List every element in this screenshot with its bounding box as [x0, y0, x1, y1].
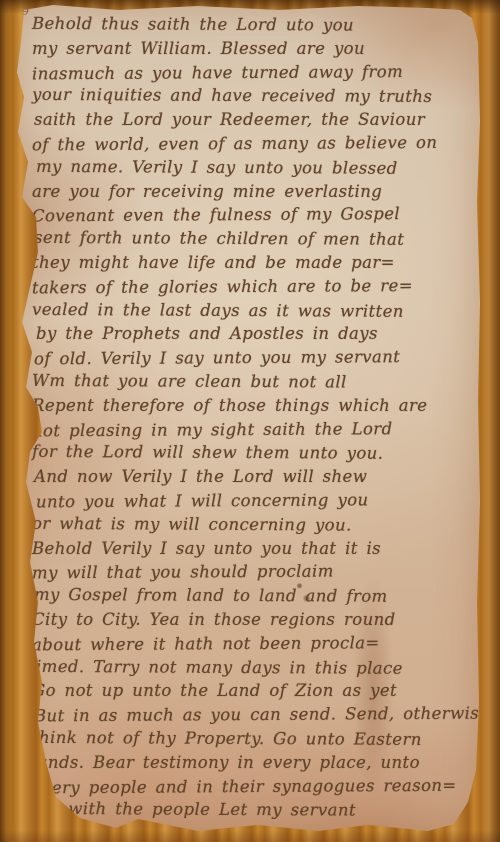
manuscript-line: Covenant even the fulness of my Gospel: [32, 202, 470, 228]
manuscript-line: my will that you should proclaim: [32, 559, 470, 585]
manuscript-line: of the world, even of as many as believe…: [32, 131, 470, 157]
manuscript-line: Behold Verily I say unto you that it is: [32, 537, 470, 561]
manuscript-line: Wm that you are clean but not all: [32, 369, 470, 395]
manuscript-line: ing with the people Let my servant: [32, 797, 470, 823]
manuscript-line: Repent therefore of those things which a…: [32, 394, 470, 418]
manuscript-line: vealed in the last days as it was writte…: [32, 297, 470, 323]
manuscript-line: or what is my will concerning you.: [32, 512, 470, 538]
manuscript-line: not pleasing in my sight saith the Lord: [32, 416, 470, 442]
manuscript-line: think not of thy Property. Go unto Easte…: [32, 726, 470, 752]
manuscript-line: inasmuch as you have turned away from: [32, 59, 470, 85]
manuscript-line: sent forth unto the children of men that: [34, 226, 470, 252]
manuscript-line: Behold thus saith the Lord uto you: [32, 12, 470, 38]
manuscript-line: And now Verily I the Lord will shew: [34, 465, 470, 489]
manuscript-line: saith the Lord your Redeemer, the Saviou…: [34, 108, 470, 132]
manuscript-line: my name. Verily I say unto you blessed: [36, 155, 470, 181]
manuscript-line: they might have life and be made par=: [32, 251, 470, 275]
manuscript-line: of old. Verily I say unto you my servant: [34, 345, 470, 371]
manuscript-line: takers of the glories which are to be re…: [32, 273, 470, 299]
manuscript-line: my Gospel from land to land and from: [34, 583, 470, 609]
manuscript-paper: 9 Behold thus saith the Lord uto youmy s…: [8, 2, 482, 836]
manuscript-line: Go not up unto the Land of Zion as yet: [32, 679, 470, 703]
manuscript-line: But in as much as you can send. Send, ot…: [34, 702, 470, 728]
manuscript-line: my servant William. Blessed are you: [32, 37, 470, 61]
manuscript-line: imed. Tarry not many days in this place: [36, 654, 470, 680]
manuscript-line: about where it hath not been procla=: [32, 630, 470, 656]
manuscript-line: unto you what I will concerning you: [36, 488, 470, 514]
manuscript-line: by the Prophets and Apostles in days: [36, 322, 470, 346]
manuscript-line: every people and in their synagogues rea…: [32, 773, 470, 799]
manuscript-line: your iniquities and have received my tru…: [32, 83, 470, 109]
manuscript-line: for the Lord will shew them unto you.: [32, 440, 470, 466]
manuscript-text: Behold thus saith the Lord uto youmy ser…: [32, 13, 470, 822]
manuscript-line: lands. Bear testimony in every place, un…: [32, 751, 470, 775]
manuscript-line: are you for receiving mine everlasting: [32, 180, 470, 204]
manuscript-line: City to City. Yea in those regions round: [32, 608, 470, 632]
scanned-manuscript-page: 9 Behold thus saith the Lord uto youmy s…: [0, 0, 500, 842]
